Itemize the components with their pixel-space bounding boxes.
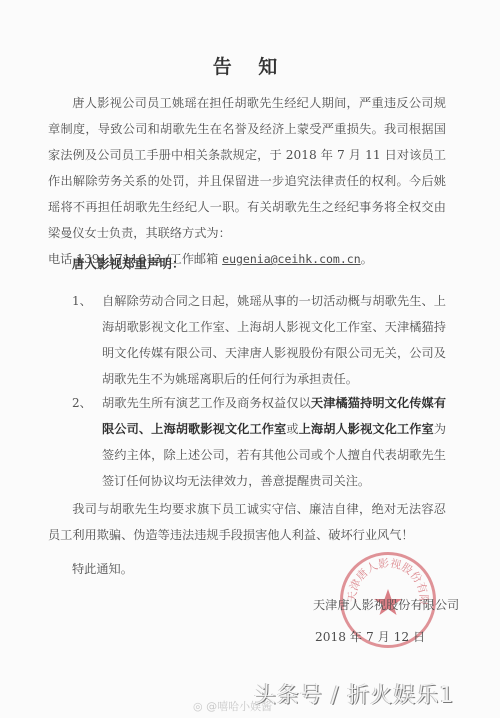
item-text-before: 胡歌先生所有演艺工作及商务权益仅以	[102, 396, 311, 410]
toutiao-watermark: 头条号 / 折火娱乐1	[254, 678, 454, 709]
signature-date: 2018 年 7 月 12 日	[315, 628, 425, 645]
item-text-mid: 或	[286, 422, 298, 436]
contact-suffix: 。	[361, 252, 373, 266]
paragraph-dismissal-text: 唐人影视公司员工姚瑶在担任胡歌先生经纪人期间，严重违反公司规章制度，导致公司和胡…	[48, 96, 446, 240]
closing-text: 特此通知。	[72, 556, 133, 582]
weibo-icon: ◎	[193, 700, 206, 713]
notice-document: 告 知 唐人影视公司员工姚瑶在担任胡歌先生经纪人期间，严重违反公司规章制度，导致…	[0, 0, 500, 718]
paragraph-dismissal: 唐人影视公司员工姚瑶在担任胡歌先生经纪人期间，严重违反公司规章制度，导致公司和胡…	[48, 90, 446, 272]
document-title: 告 知	[0, 52, 500, 79]
statement-heading: 唐人影视郑重声明：	[72, 254, 185, 272]
item-number: 2、	[72, 390, 92, 416]
paragraph-integrity-text: 我司与胡歌先生均要求旗下员工诚实守信、廉洁自律，绝对无法容忍员工利用欺骗、伪造等…	[48, 502, 446, 542]
paragraph-integrity: 我司与胡歌先生均要求旗下员工诚实守信、廉洁自律，绝对无法容忍员工利用欺骗、伪造等…	[48, 496, 446, 548]
item-text: 自解除劳动合同之日起，姚瑶从事的一切活动概与胡歌先生、上海胡歌影视文化工作室、上…	[102, 288, 446, 392]
signature-company: 天津唐人影视股份有限公司	[313, 592, 459, 618]
item-number: 1、	[72, 288, 92, 314]
item-text: 胡歌先生所有演艺工作及商务权益仅以天津橘猫持明文化传媒有限公司、上海胡歌影视文化…	[102, 390, 446, 494]
bold-entity-2: 上海胡人影视文化工作室	[299, 422, 434, 436]
email-link[interactable]: eugenia@ceihk.com.cn	[222, 252, 360, 266]
